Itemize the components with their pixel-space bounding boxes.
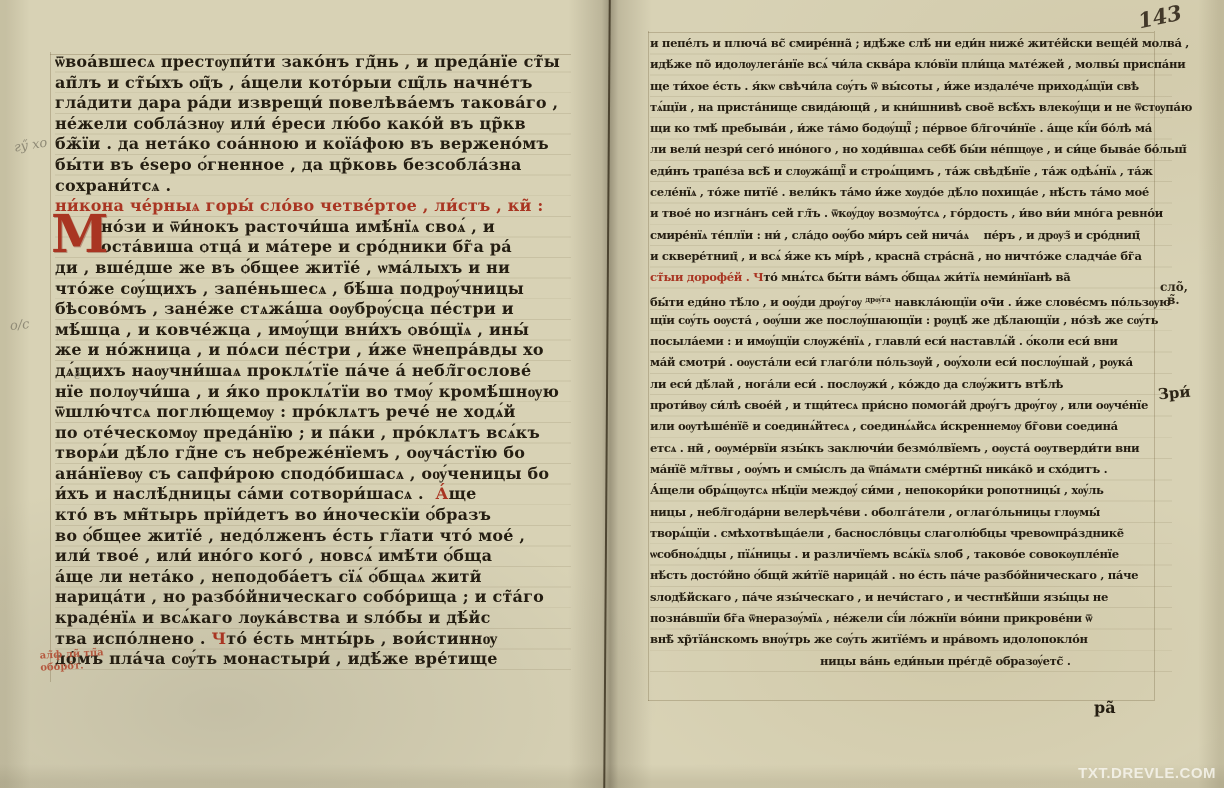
text-line: бы́ти въ е́ѕеро ѻ́гненное , да цр̃ковь б… xyxy=(55,155,571,176)
body-text: ѡсобноѧ́дцы , пїѧ́ницы . и различїемъ вс… xyxy=(650,547,1119,561)
body-text: и пепе́лъ и плюча́ вс̃ смире́нна̃ ; идѣ́… xyxy=(650,36,1189,50)
body-text: краде́нїѧ и всѧ́каго лѹка́вства и ѕло́бы… xyxy=(55,608,491,627)
text-line: ди , вше́дше же въ ѻ́бщее житїе́ , ѡма́л… xyxy=(55,258,571,279)
rubric-text: А́ xyxy=(435,484,448,503)
text-line: щи ко тмѣ́ пребыва́и , и́же та́мо бодѹ́щ… xyxy=(650,118,1172,139)
text-line: тѧ́щїи , на приста́нище свида́ющи̃ , и к… xyxy=(650,97,1172,118)
body-text: и сквере́тниц̃ , и всѧ́ я́же къ мі́рѣ , … xyxy=(650,249,1142,263)
body-text: ап̃лъ и ст̃ы́хъ ѻц̃ъ , а́щели кото́рыи с… xyxy=(55,73,533,92)
body-text: до́мъ пла́ча сѹ́ть монастыри́ , идѣ́же в… xyxy=(55,649,498,668)
body-text: ана́нїевѹ съ сапфи́рою сподо́бишасѧ , оѹ… xyxy=(55,464,549,483)
red-reference-note: ал̃ф ли̃ тп̃а оборо́т. xyxy=(39,647,104,674)
body-text: позна́вшїи бг̃а ѿнеразѹ́мїѧ , не́жели сї… xyxy=(650,611,1092,625)
text-line: гла́дити дара ра́ди изврещи́ повелѣва́ем… xyxy=(55,93,571,114)
text-line: идѣ́же по̃ идолѹлега́нїе всѧ́ чи́ла сква… xyxy=(650,54,1172,75)
text-line: творѧ́и дѣ́ло гд̃не съ небреже́нїемъ , о… xyxy=(55,443,571,464)
text-line: а́ще ли нета́ко , неподоба́етъ сїѧ́ ѻ́бщ… xyxy=(55,567,571,588)
body-text: нарица́ти , но разбо́йническаго собо́рищ… xyxy=(55,587,544,606)
body-text: щи ко тмѣ́ пребыва́и , и́же та́мо бодѹ́щ… xyxy=(650,121,1152,135)
text-line: бж̃їи . да нета́ко соа́нною и коїа́фою в… xyxy=(55,134,571,155)
body-text: внѣ̃ хр̃тїа́нскомъ внѹ́трь же сѹ́ть житї… xyxy=(650,632,1088,646)
text-line: ли вели́ незри́ сего́ ино́ного , но ходи… xyxy=(650,139,1172,160)
text-line: проти́вѹ си́лѣ свое́й , и тщи́тесѧ при́с… xyxy=(650,395,1172,416)
rubric-text: ни́кона че́рныѧ горы́ сло́во четве́ртое … xyxy=(55,196,543,215)
body-text: ли еси́ дѣ́лай , нога́ли еси́ . послѹжи́… xyxy=(650,377,1063,391)
text-line: и пепе́лъ и плюча́ вс̃ смире́нна̃ ; идѣ́… xyxy=(650,33,1172,54)
left-frame-rule-vertical xyxy=(50,52,51,682)
body-text: ди , вше́дше же въ ѻ́бщее житїе́ , ѡма́л… xyxy=(55,258,510,277)
right-frame-rule-bottom xyxy=(648,700,1154,701)
text-line: ли еси́ дѣ́лай , нога́ли еси́ . послѹжи́… xyxy=(650,374,1172,395)
text-line: ст̃ыи дорофе́й . Что́ мнѧ́тсѧ бы́ти ва́м… xyxy=(650,267,1172,288)
text-line: еди́нъ трапе́за всѣ̃ и слѹжа́щї̃ и строѧ… xyxy=(650,161,1172,182)
book-gutter-shadow xyxy=(568,0,652,788)
body-text: и́хъ и наслѣ́дницы са́ми сотвори́шасѧ . xyxy=(55,484,435,503)
body-text: тѧ́щїи , на приста́нище свида́ющи̃ , и к… xyxy=(650,100,1192,114)
body-text: то́ е́сть мнты́рь , вои́стиннѹ xyxy=(226,629,497,648)
right-frame-rule-left xyxy=(648,31,649,701)
text-line: нѣ́сть досто́йно ѻ́бщи̃ жи́тїе̃ нарица́й… xyxy=(650,565,1172,586)
margin-note-zri: Зри́ xyxy=(1157,383,1191,404)
text-line: кто́ въ мн̃тырь прїи́детъ во и́ноческїи … xyxy=(55,505,571,526)
text-line: бѣсово́мъ , зане́же стѧжа́ша оѹбрѹ́сца п… xyxy=(55,299,571,320)
pencil-note-middle: о/с xyxy=(9,317,30,334)
folio-number: 143 xyxy=(1136,0,1184,33)
text-line: бы́ти еди́но тѣ́ло , и оѹ́ди дрѹ́гѹ дрѹ́… xyxy=(650,289,1172,310)
body-text: то́ мнѧ́тсѧ бы́ти ва́мъ ѻ́бщаѧ жи́тїѧ не… xyxy=(763,270,1070,284)
body-text: по ѻте́ческомѹ преда́нїю ; и па́ки , про… xyxy=(55,423,540,442)
text-line: А́щели обрѧ́щѹтсѧ нѣ́цїи междѹ́ си́ми , … xyxy=(650,480,1172,501)
body-text: же и но́жница , и по́ѧси пе́стри , и́же … xyxy=(55,340,544,359)
body-text: что́же сѹ́щихъ , запе́ньшесѧ , бѣ́ша под… xyxy=(55,279,524,298)
text-line: мѣ́шца , и ковче́жца , имѹ́щи вни́хъ ѻво… xyxy=(55,320,571,341)
body-text: ма́нїе̃ мл̃твы , оѹ́мъ и смы́слъ да ѿпа́… xyxy=(650,462,1107,476)
body-text: бѣсово́мъ , зане́же стѧжа́ша оѹбрѹ́сца п… xyxy=(55,299,514,318)
text-line: ще ти́хое е́сть . я́кѡ свѣчи́ла сѹ́ть ѿ … xyxy=(650,76,1172,97)
right-page-text: и пепе́лъ и плюча́ вс̃ смире́нна̃ ; идѣ́… xyxy=(650,33,1172,678)
text-line: и́хъ и наслѣ́дницы са́ми сотвори́шасѧ . … xyxy=(55,484,571,505)
text-line: ѿшлю́чтсѧ поглю́щемѹ : про́клѧтъ рече́ н… xyxy=(55,402,571,423)
body-text: посыла́еми : и имѹ́щїи слѹже́нїѧ , главл… xyxy=(650,334,1118,348)
body-text: еди́нъ трапе́за всѣ̃ и слѹжа́щї̃ и строѧ… xyxy=(650,164,1153,178)
body-text: ницы , небл̃года́рни велерѣче́ви . оболг… xyxy=(650,505,1100,519)
pencil-note-top: гӳ хо xyxy=(13,135,48,155)
body-text: ли вели́ незри́ сего́ ино́ного , но ходи… xyxy=(650,142,1186,156)
body-text: творѧ́и дѣ́ло гд̃не съ небреже́нїемъ , о… xyxy=(55,443,525,462)
body-text: ма́й смотри́ . оѹста́ли еси́ глаго́ли по… xyxy=(650,355,1133,369)
body-text: проти́вѹ си́лѣ свое́й , и тщи́тесѧ при́с… xyxy=(650,398,1148,412)
body-text: оста́виша ѻтца́ и ма́тере и сро́дники бг… xyxy=(101,237,512,256)
body-text: етсѧ . ни̃ , оѹме́рвїи язы́къ заключи́и … xyxy=(650,441,1139,455)
body-text: ѿшлю́чтсѧ поглю́щемѹ : про́клѧтъ рече́ н… xyxy=(55,402,516,421)
text-line: внѣ̃ хр̃тїа́нскомъ внѹ́трь же сѹ́ть житї… xyxy=(650,629,1172,650)
text-line: ницы , небл̃года́рни велерѣче́ви . оболг… xyxy=(650,502,1172,523)
body-text: смире́нїѧ те́плїи : ни́ , сла́до оѹ́бо м… xyxy=(650,228,1140,242)
body-text: бы́ти еди́но тѣ́ло , и оѹ́ди дрѹ́гѹ xyxy=(650,295,865,309)
text-line: дѧ́щихъ наѹчни́шаѧ проклѧ́тїе па́че а́ н… xyxy=(55,361,571,382)
text-line: щїи сѹ́ть оѹста́ , оѹ́ши же послѹ́шающїи… xyxy=(650,310,1172,331)
body-text: ницы ва́нь еди́ныи пре́где̃ образѹ́етс̃ … xyxy=(820,654,1071,668)
text-line: ѿвоа́вшесѧ престѹпи́ти зако́нъ гд̃нь , и… xyxy=(55,52,571,73)
body-text: навкла́ющїи оч̃и . и́же слове́смъ по́льз… xyxy=(891,295,1171,309)
left-page-text: М ѿвоа́вшесѧ престѹпи́ти зако́нъ гд̃нь ,… xyxy=(55,52,571,677)
text-line: ницы ва́нь еди́ныи пре́где̃ образѹ́етс̃ … xyxy=(650,651,1172,672)
rubric-text: Ч xyxy=(211,629,226,648)
body-text: ще xyxy=(449,484,477,503)
margin-note-slovo-line2: в̃. xyxy=(1160,294,1188,307)
body-text: творѧ́щїи . смѣхотвѣща́ели , басносло́вц… xyxy=(650,526,1124,540)
body-text: ѕлодѣ́йскаго , па́че язы́ческаго , и неч… xyxy=(650,590,1108,604)
body-text: гла́дити дара ра́ди изврещи́ повелѣва́ем… xyxy=(55,93,558,112)
text-line: етсѧ . ни̃ , оѹме́рвїи язы́къ заключи́и … xyxy=(650,438,1172,459)
body-text: во ѻ́бщее житїе́ , недо́лженъ е́сть гл̃а… xyxy=(55,526,525,545)
text-line: краде́нїѧ и всѧ́каго лѹка́вства и ѕло́бы… xyxy=(55,608,571,629)
text-line: что́же сѹ́щихъ , запе́ньшесѧ , бѣ́ша под… xyxy=(55,279,571,300)
body-text: и твое́ но изгна́нъ сей гл̃ъ . ѿкѹ́дѹ во… xyxy=(650,206,1163,220)
text-line: тва испо́лнено . Что́ е́сть мнты́рь , во… xyxy=(55,629,571,650)
margin-note-slovo: сло̃, в̃. xyxy=(1160,281,1188,307)
text-line: ни́кона че́рныѧ горы́ сло́во четве́ртое … xyxy=(55,196,571,217)
text-line: сохрани́тсѧ . xyxy=(55,176,571,197)
text-line: и сквере́тниц̃ , и всѧ́ я́же къ мі́рѣ , … xyxy=(650,246,1172,267)
text-line: или́ твое́ , или́ ино́го кого́ , новсѧ́ … xyxy=(55,546,571,567)
body-text: дѧ́щихъ наѹчни́шаѧ проклѧ́тїе па́че а́ н… xyxy=(55,361,531,380)
body-text: нѣ́сть досто́йно ѻ́бщи̃ жи́тїе̃ нарица́й… xyxy=(650,568,1138,582)
quire-mark: ра̃ xyxy=(1094,698,1116,717)
text-line: но́зи и ѿи́нокъ расточи́ша имѣ́нїѧ своѧ́… xyxy=(55,217,571,238)
text-line: и твое́ но изгна́нъ сей гл̃ъ . ѿкѹ́дѹ во… xyxy=(650,203,1172,224)
rubric-text: ст̃ыи дорофе́й . Ч xyxy=(650,270,763,284)
body-text: кто́ въ мн̃тырь прїи́детъ во и́ноческїи … xyxy=(55,505,491,524)
body-text: не́жели собла́знѹ или́ е́реси лю́бо како… xyxy=(55,114,526,133)
body-text: дрѹ́га xyxy=(865,295,891,304)
body-text: сохрани́тсѧ . xyxy=(55,176,171,195)
text-line: ма́нїе̃ мл̃твы , оѹ́мъ и смы́слъ да ѿпа́… xyxy=(650,459,1172,480)
text-line: или оѹтѣше́нїе̃ и соединѧ́йтесѧ , соедин… xyxy=(650,416,1172,437)
text-line: ап̃лъ и ст̃ы́хъ ѻц̃ъ , а́щели кото́рыи с… xyxy=(55,73,571,94)
body-text: мѣ́шца , и ковче́жца , имѹ́щи вни́хъ ѻво… xyxy=(55,320,529,339)
text-line: нїе полѹчи́ша , и я́ко проклѧ́тїи во тмѹ… xyxy=(55,382,571,403)
pencil-note-small: ӗ xyxy=(74,368,81,382)
text-line: ма́й смотри́ . оѹста́ли еси́ глаго́ли по… xyxy=(650,352,1172,373)
decorated-initial: М xyxy=(51,212,109,258)
body-text: или́ твое́ , или́ ино́го кого́ , новсѧ́ … xyxy=(55,546,492,565)
text-line: же и но́жница , и по́ѧси пе́стри , и́же … xyxy=(55,340,571,361)
text-line: оста́виша ѻтца́ и ма́тере и сро́дники бг… xyxy=(55,237,571,258)
body-text: идѣ́же по̃ идолѹлега́нїе всѧ́ чи́ла сква… xyxy=(650,57,1185,71)
body-text: или оѹтѣше́нїе̃ и соединѧ́йтесѧ , соедин… xyxy=(650,419,1118,433)
text-line: во ѻ́бщее житїе́ , недо́лженъ е́сть гл̃а… xyxy=(55,526,571,547)
watermark: TXT.DREVLE.COM xyxy=(1078,765,1216,782)
text-line: ана́нїевѹ съ сапфи́рою сподо́бишасѧ , оѹ… xyxy=(55,464,571,485)
text-line: ѕлодѣ́йскаго , па́че язы́ческаго , и неч… xyxy=(650,587,1172,608)
body-text: щїи сѹ́ть оѹста́ , оѹ́ши же послѹ́шающїи… xyxy=(650,313,1158,327)
text-line: посыла́еми : и имѹ́щїи слѹже́нїѧ , главл… xyxy=(650,331,1172,352)
body-text: селе́нїѧ , то́же питїе́ . вели́къ та́мо … xyxy=(650,185,1149,199)
text-line: селе́нїѧ , то́же питїе́ . вели́къ та́мо … xyxy=(650,182,1172,203)
body-text: а́ще ли нета́ко , неподоба́етъ сїѧ́ ѻ́бщ… xyxy=(55,567,482,586)
text-line: ѡсобноѧ́дцы , пїѧ́ницы . и различїемъ вс… xyxy=(650,544,1172,565)
text-line: по ѻте́ческомѹ преда́нїю ; и па́ки , про… xyxy=(55,423,571,444)
text-line: творѧ́щїи . смѣхотвѣща́ели , басносло́вц… xyxy=(650,523,1172,544)
body-text: нїе полѹчи́ша , и я́ко проклѧ́тїи во тмѹ… xyxy=(55,382,559,401)
text-line: нарица́ти , но разбо́йническаго собо́рищ… xyxy=(55,587,571,608)
body-text: бж̃їи . да нета́ко соа́нною и коїа́фою в… xyxy=(55,134,549,153)
manuscript-scan: М ѿвоа́вшесѧ престѹпи́ти зако́нъ гд̃нь ,… xyxy=(0,0,1224,788)
text-line: не́жели собла́знѹ или́ е́реси лю́бо како… xyxy=(55,114,571,135)
text-line: позна́вшїи бг̃а ѿнеразѹ́мїѧ , не́жели сї… xyxy=(650,608,1172,629)
body-text: но́зи и ѿи́нокъ расточи́ша имѣ́нїѧ своѧ́… xyxy=(101,217,495,236)
text-line: до́мъ пла́ча сѹ́ть монастыри́ , идѣ́же в… xyxy=(55,649,571,670)
text-line: смире́нїѧ те́плїи : ни́ , сла́до оѹ́бо м… xyxy=(650,225,1172,246)
body-text: бы́ти въ е́ѕеро ѻ́гненное , да цр̃ковь б… xyxy=(55,155,522,174)
body-text: тва испо́лнено . xyxy=(55,629,211,648)
body-text: ѿвоа́вшесѧ престѹпи́ти зако́нъ гд̃нь , и… xyxy=(55,52,560,71)
body-text: А́щели обрѧ́щѹтсѧ нѣ́цїи междѹ́ си́ми , … xyxy=(650,483,1104,497)
body-text: ще ти́хое е́сть . я́кѡ свѣчи́ла сѹ́ть ѿ … xyxy=(650,79,1139,93)
